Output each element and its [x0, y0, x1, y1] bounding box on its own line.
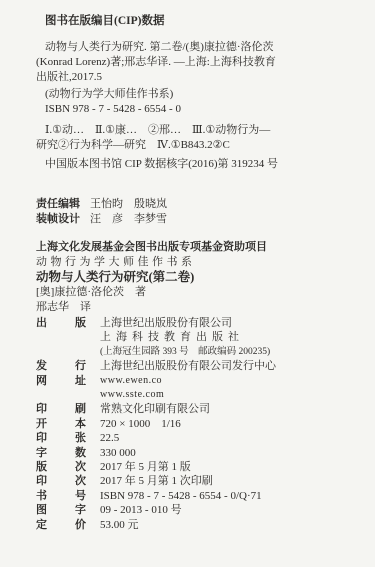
publisher-row-2: 上海科技教育出版社 [36, 330, 359, 344]
cip-description: 动物与人类行为研究. 第二卷/(奥)康拉德·洛伦茨 (Konrad Lorenz… [36, 40, 359, 85]
publisher-address: (上海冠生园路 393 号 邮政编码 200235) [100, 345, 270, 359]
book-title: 动物与人类行为研究(第二卷) [36, 270, 359, 285]
distributor-row: 发行 上海世纪出版股份有限公司发行中心 [36, 359, 359, 373]
publisher-name-2: 上海科技教育出版社 [100, 330, 244, 344]
publisher-address-row: (上海冠生园路 393 号 邮政编码 200235) [36, 345, 359, 359]
publisher-name: 上海世纪出版股份有限公司 [100, 316, 232, 330]
cip-class-line: 研究②行为科学—研究 Ⅳ.①B843.2②C [36, 138, 359, 153]
printer-name: 常熟文化印刷有限公司 [100, 402, 210, 416]
copyright-page: 图书在版编目(CIP)数据 动物与人类行为研究. 第二卷/(奥)康拉德·洛伦茨 … [0, 0, 375, 567]
editor-label: 责任编辑 [36, 197, 80, 212]
format-row: 开本 720 × 1000 1/16 [36, 417, 359, 431]
copyright-number-label: 图字 [36, 503, 100, 517]
designer-names: 汪 彦 李梦雪 [90, 212, 167, 227]
edition-row: 版次 2017 年 5 月第 1 版 [36, 460, 359, 474]
cip-class-line: Ⅰ.①动… Ⅱ.①康… ②邢… Ⅲ.①动物行为— [36, 123, 359, 138]
distributor-name: 上海世纪出版股份有限公司发行中心 [100, 359, 276, 373]
title-block: 上海文化发展基金会图书出版专项基金资助项目 动物行为学大师佳作书系 动物与人类行… [36, 240, 359, 315]
edition-value: 2017 年 5 月第 1 版 [100, 460, 191, 474]
series-name: 动物行为学大师佳作书系 [36, 255, 359, 270]
wordcount-value: 330 000 [100, 446, 136, 460]
price-value: 53.00 元 [100, 518, 139, 532]
funding-project: 上海文化发展基金会图书出版专项基金资助项目 [36, 240, 359, 255]
wordcount-label: 字数 [36, 446, 100, 460]
label-spacer [36, 345, 100, 359]
author: [奥]康拉德·洛伦茨 著 [36, 285, 359, 300]
cip-series-note-text: (动物行为学大师佳作书系) [36, 87, 359, 102]
website-label: 网址 [36, 374, 100, 388]
website-url-2: www.sste.com [100, 388, 164, 402]
cip-record-number: 中国版本图书馆 CIP 数据核字(2016)第 319234 号 [36, 157, 359, 172]
website-row: 网址 www.ewen.co [36, 374, 359, 388]
printer-row: 印刷 常熟文化印刷有限公司 [36, 402, 359, 416]
sheets-label: 印张 [36, 431, 100, 445]
credits-block: 责任编辑 王怡昀 殷晓岚 装帧设计 汪 彦 李梦雪 [36, 197, 359, 227]
publisher-label: 出版 [36, 316, 100, 330]
sheets-value: 22.5 [100, 431, 119, 445]
sheets-row: 印张 22.5 [36, 431, 359, 445]
book-number-value: ISBN 978 - 7 - 5428 - 6554 - 0/Q·71 [100, 489, 262, 503]
cip-classification: Ⅰ.①动… Ⅱ.①康… ②邢… Ⅲ.①动物行为— 研究②行为科学—研究 Ⅳ.①B… [36, 123, 359, 153]
label-spacer [36, 330, 100, 344]
designer-row: 装帧设计 汪 彦 李梦雪 [36, 212, 359, 227]
cip-isbn: ISBN 978 - 7 - 5428 - 6554 - 0 [36, 102, 359, 117]
impression-label: 印次 [36, 474, 100, 488]
impression-value: 2017 年 5 月第 1 次印刷 [100, 474, 213, 488]
colophon-block: 出版 上海世纪出版股份有限公司 上海科技教育出版社 (上海冠生园路 393 号 … [36, 316, 359, 532]
publisher-row: 出版 上海世纪出版股份有限公司 [36, 316, 359, 330]
format-value: 720 × 1000 1/16 [100, 417, 181, 431]
cip-desc-line: 出版社,2017.5 [36, 70, 359, 85]
editor-names: 王怡昀 殷晓岚 [90, 197, 167, 212]
website-row-2: www.sste.com [36, 388, 359, 402]
cip-series-note: (动物行为学大师佳作书系) ISBN 978 - 7 - 5428 - 6554… [36, 87, 359, 117]
printer-label: 印刷 [36, 402, 100, 416]
edition-label: 版次 [36, 460, 100, 474]
book-number-label: 书号 [36, 489, 100, 503]
website-url-1: www.ewen.co [100, 374, 162, 388]
price-label: 定价 [36, 518, 100, 532]
editor-row: 责任编辑 王怡昀 殷晓岚 [36, 197, 359, 212]
copyright-number-row: 图字 09 - 2013 - 010 号 [36, 503, 359, 517]
cip-heading: 图书在版编目(CIP)数据 [36, 14, 359, 29]
distributor-label: 发行 [36, 359, 100, 373]
cip-block: 图书在版编目(CIP)数据 动物与人类行为研究. 第二卷/(奥)康拉德·洛伦茨 … [36, 14, 359, 172]
copyright-number-value: 09 - 2013 - 010 号 [100, 503, 182, 517]
designer-label: 装帧设计 [36, 212, 80, 227]
label-spacer [36, 388, 100, 402]
book-number-row: 书号 ISBN 978 - 7 - 5428 - 6554 - 0/Q·71 [36, 489, 359, 503]
translator: 邢志华 译 [36, 300, 359, 315]
impression-row: 印次 2017 年 5 月第 1 次印刷 [36, 474, 359, 488]
format-label: 开本 [36, 417, 100, 431]
wordcount-row: 字数 330 000 [36, 446, 359, 460]
cip-desc-line: 动物与人类行为研究. 第二卷/(奥)康拉德·洛伦茨 [36, 40, 359, 55]
price-row: 定价 53.00 元 [36, 518, 359, 532]
cip-desc-line: (Konrad Lorenz)著;邢志华译. —上海:上海科技教育 [36, 55, 359, 70]
